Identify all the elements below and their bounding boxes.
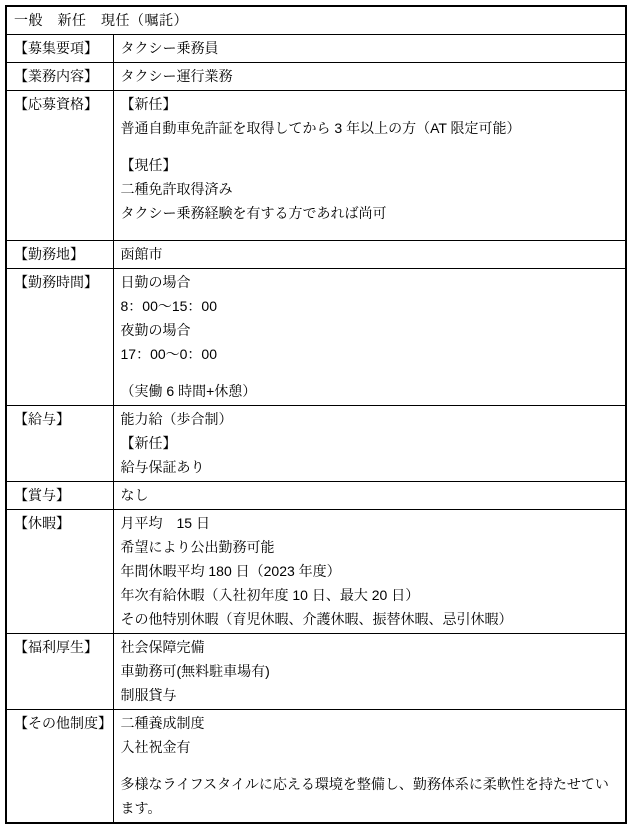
row-label: 【休暇】: [6, 510, 113, 634]
table-row: 【その他制度】 二種養成制度入社祝金有 多様なライフスタイルに応える環境を整備し…: [6, 710, 626, 824]
header-row: 一般 新任 現任（嘱託）: [6, 6, 626, 35]
row-label: 【福利厚生】: [6, 634, 113, 710]
row-value: 函館市: [113, 241, 626, 269]
value-line: 月平均 15 日: [121, 511, 620, 535]
value-line: なし: [121, 483, 620, 507]
value-line: 函館市: [121, 242, 620, 266]
value-line: 【新任】: [121, 92, 620, 116]
value-line: 8：00～15：00: [121, 294, 620, 318]
value-line: 多様なライフスタイルに応える環境を整備し、勤務体系に柔軟性を持たせています。: [121, 772, 620, 820]
employment-type-header: 一般 新任 現任（嘱託）: [6, 6, 626, 35]
value-line: タクシー乗務員: [121, 36, 620, 60]
row-value: 二種養成制度入社祝金有 多様なライフスタイルに応える環境を整備し、勤務体系に柔軟…: [113, 710, 626, 824]
row-label: 【賞与】: [6, 482, 113, 510]
row-label: 【応募資格】: [6, 91, 113, 241]
value-line: 能力給（歩合制）: [121, 407, 620, 431]
row-value: 社会保障完備車勤務可(無料駐車場有)制服貸与: [113, 634, 626, 710]
table-row: 【応募資格】 【新任】普通自動車免許証を取得してから 3 年以上の方（AT 限定…: [6, 91, 626, 241]
value-line: （実働 6 時間+休憩）: [121, 379, 620, 403]
table-row: 【勤務地】 函館市: [6, 241, 626, 269]
value-line: 日勤の場合: [121, 270, 620, 294]
value-line: 二種免許取得済み: [121, 177, 620, 201]
table-row: 【業務内容】 タクシー運行業務: [6, 63, 626, 91]
value-line: 二種養成制度: [121, 711, 620, 735]
row-value: 日勤の場合8：00～15：00夜勤の場合17：00～0：00 （実働 6 時間+…: [113, 269, 626, 406]
row-value: 月平均 15 日希望により公出勤務可能年間休暇平均 180 日（2023 年度）…: [113, 510, 626, 634]
job-posting-table: 一般 新任 現任（嘱託） 【募集要項】 タクシー乗務員 【業務内容】 タクシー運…: [5, 5, 627, 824]
row-value: なし: [113, 482, 626, 510]
table-body: 一般 新任 現任（嘱託） 【募集要項】 タクシー乗務員 【業務内容】 タクシー運…: [6, 6, 626, 823]
value-line: 希望により公出勤務可能: [121, 535, 620, 559]
value-line: 給与保証あり: [121, 455, 620, 479]
row-value: タクシー乗務員: [113, 35, 626, 63]
row-value: 【新任】普通自動車免許証を取得してから 3 年以上の方（AT 限定可能） 【現任…: [113, 91, 626, 241]
value-line: 入社祝金有: [121, 735, 620, 759]
value-line: 【新任】: [121, 431, 620, 455]
value-line: 17：00～0：00: [121, 342, 620, 366]
value-line: 夜勤の場合: [121, 318, 620, 342]
value-line: [121, 759, 620, 772]
value-line: 【現任】: [121, 153, 620, 177]
value-line: 社会保障完備: [121, 635, 620, 659]
row-value: タクシー運行業務: [113, 63, 626, 91]
table-row: 【賞与】 なし: [6, 482, 626, 510]
value-line: 年次有給休暇（入社初年度 10 日、最大 20 日）: [121, 583, 620, 607]
value-line: タクシー運行業務: [121, 64, 620, 88]
value-line: タクシー乗務経験を有する方であれば尚可: [121, 201, 620, 225]
value-line: [121, 366, 620, 379]
row-label: 【業務内容】: [6, 63, 113, 91]
row-label: 【給与】: [6, 406, 113, 482]
table-row: 【福利厚生】 社会保障完備車勤務可(無料駐車場有)制服貸与: [6, 634, 626, 710]
value-line: 年間休暇平均 180 日（2023 年度）: [121, 559, 620, 583]
table-row: 【休暇】 月平均 15 日希望により公出勤務可能年間休暇平均 180 日（202…: [6, 510, 626, 634]
table-row: 【募集要項】 タクシー乗務員: [6, 35, 626, 63]
row-label: 【その他制度】: [6, 710, 113, 824]
row-label: 【募集要項】: [6, 35, 113, 63]
value-line: [121, 140, 620, 153]
table-row: 【給与】 能力給（歩合制）【新任】給与保証あり: [6, 406, 626, 482]
value-line: その他特別休暇（育児休暇、介護休暇、振替休暇、忌引休暇）: [121, 607, 620, 631]
row-label: 【勤務時間】: [6, 269, 113, 406]
value-line: 制服貸与: [121, 683, 620, 707]
document-page: 一般 新任 現任（嘱託） 【募集要項】 タクシー乗務員 【業務内容】 タクシー運…: [0, 0, 631, 827]
table-row: 【勤務時間】 日勤の場合8：00～15：00夜勤の場合17：00～0：00 （実…: [6, 269, 626, 406]
value-line: 車勤務可(無料駐車場有): [121, 659, 620, 683]
value-line: 普通自動車免許証を取得してから 3 年以上の方（AT 限定可能）: [121, 116, 620, 140]
row-value: 能力給（歩合制）【新任】給与保証あり: [113, 406, 626, 482]
value-line: [121, 225, 620, 238]
row-label: 【勤務地】: [6, 241, 113, 269]
